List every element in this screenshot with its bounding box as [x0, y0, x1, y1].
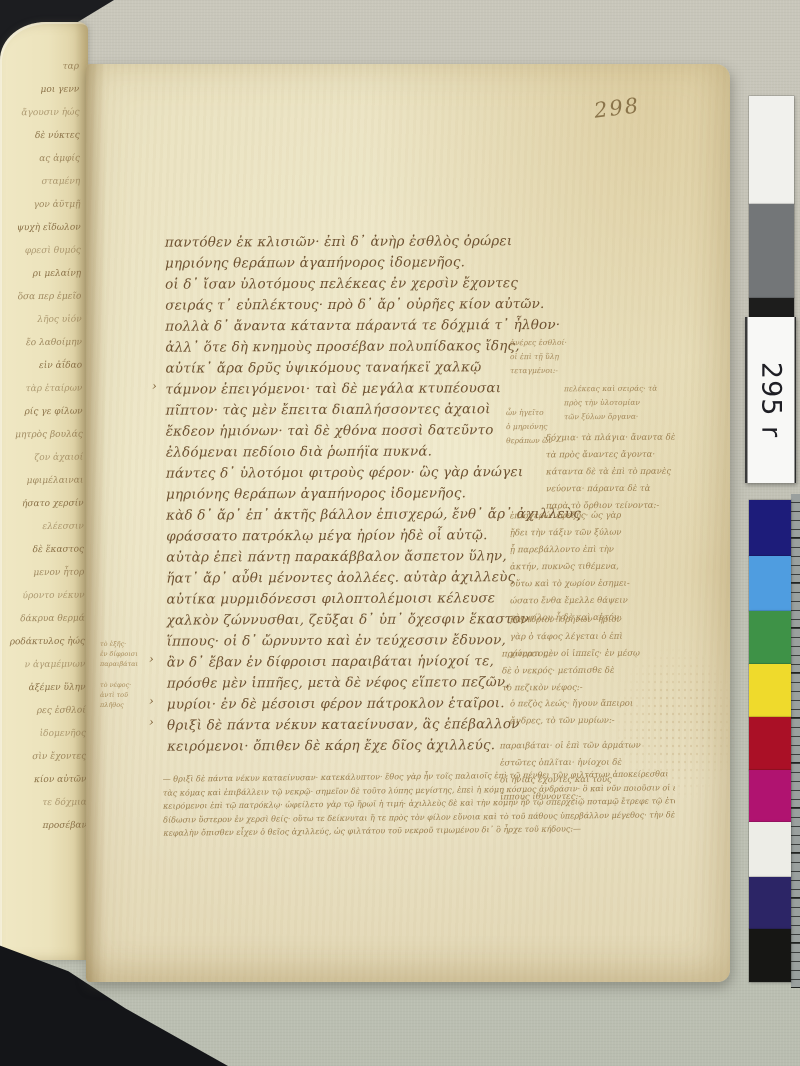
gloss-line: τὸ νέφος·: [100, 680, 131, 690]
folio-label-text: 295 r: [755, 362, 786, 438]
scholion-line: ἄνδρες, τὸ τῶν μυρίων:-: [510, 713, 633, 731]
text-line: πρόσθε μὲν ἱππῆες, μετὰ δὲ νέφος εἵπετο …: [167, 672, 477, 694]
text-line: παντόθεν ἐκ κλισιῶν· ἐπὶ δ᾽ ἀνὴρ ἐσθλὸς …: [165, 231, 475, 253]
text-line: μηριόνης θεράπων ἀγαπήνορος ἰδομενῆος.: [165, 252, 475, 274]
color-patch-light-blue: [749, 556, 791, 611]
scholion-line: ἀκτήν, πυκνῶς τιθέμενα,: [510, 559, 630, 577]
text-line: αὐτίκ᾽ ἄρα δρῦς ὑψικόμους ταναήκεϊ χαλκῷ: [165, 357, 475, 379]
gloss-line: πλῆθος: [100, 700, 131, 710]
scholion-line: ὁ πεζὸς λεώς· ἤγουν ἄπειροι: [510, 696, 633, 714]
facing-page-fragment: τὰρ ἑταίρων: [0, 378, 83, 402]
facing-page-fragment: λῆος υἱόν: [0, 309, 82, 333]
text-line: σειράς τ᾽ εὐπλέκτους· πρὸ δ᾽ ἄρ᾽ οὐρῆες …: [165, 294, 475, 316]
scholion-line: μαρτύριον· θρήνων· ἠρίον: [510, 612, 623, 630]
facing-page-fragment: ψυχὴ εἴδωλον: [0, 217, 81, 241]
facing-page-fragment: ταρ: [0, 56, 79, 80]
gloss-line: τὸ ἑξῆς·: [100, 639, 138, 649]
facing-page-fragment: ζον ἀχαιοί: [0, 447, 83, 471]
marginal-scholion: ὁ πεζὸς λεώς· ἤγουν ἄπειροιἄνδρες, τὸ τῶ…: [510, 696, 633, 731]
facing-page-fragment: ὅσα περ ἐμεῖο: [0, 286, 82, 310]
color-patch-gray: [749, 204, 794, 298]
facing-page-fragment: ἰδομενῆος: [3, 723, 86, 747]
text-line: ἂν δ᾽ ἔβαν ἐν δίφροισι παραιβάται ἡνίοχο…: [167, 651, 477, 673]
text-line: ἔκδεον ἡμιόνων· ταὶ δὲ χθόνα ποσσὶ δατεῦ…: [166, 420, 476, 442]
scholion-line: τεταγμένοι:-: [510, 364, 567, 378]
scholion-line: πρότεροι μὲν οἱ ἱππεῖς· ἐν μέσῳ: [502, 646, 640, 664]
facing-page-fragment: ας ἀμφίς: [0, 148, 80, 172]
scholion-line: ώσατο ἔνθα ἔμελλε θάψειν: [510, 593, 630, 611]
scholion-line: τῶν ξύλων ὄργανα·: [564, 410, 657, 424]
manuscript-page: 298 παντόθεν ἐκ κλισιῶν· ἐπὶ δ᾽ ἀνὴρ ἐσθ…: [86, 64, 730, 982]
scholion-line: παραιβάται· οἱ ἐπὶ τῶν ἁρμάτων: [500, 738, 641, 756]
scholion-line: ᾔδει τὴν τάξιν τῶν ξύλων: [510, 525, 630, 543]
scholion-line: ᾗ παρεβάλλοντο ἐπὶ τὴν: [510, 542, 630, 560]
text-line: πολλὰ δ᾽ ἄναντα κάταντα πάραντά τε δόχμι…: [165, 315, 475, 337]
scholion-line: ὧν ἡγεῖτο: [506, 406, 555, 420]
marginal-scholion: ἀνέρες ἐσθλοί·οἱ ἐπὶ τῇ ὕλῃτεταγμένοι:-: [510, 336, 567, 378]
color-patch-red: [749, 717, 791, 770]
facing-page-fragment: τε δόχμια: [4, 792, 87, 816]
color-patch-white-top: [749, 96, 794, 204]
color-patch-black-bottom: [749, 929, 791, 982]
folio-label-sticker: 295 r: [745, 317, 796, 483]
manuscript-photo: ταρμοι γεννἄγουσιν ἠώςδὲ νύκτεςας ἀμφίςσ…: [0, 0, 800, 1066]
facing-page-fragment: εἰν ἀΐδαο: [0, 355, 82, 379]
facing-page-fragment: ρίς γε φίλων: [0, 401, 83, 425]
facing-page-fragment: δὲ ἕκαστος: [1, 539, 84, 563]
margin-reference-mark: ›: [152, 379, 157, 393]
ruler-scale: [791, 494, 800, 988]
facing-page-fragment: προσέβαν: [4, 815, 87, 839]
margin-reference-mark: ›: [149, 652, 154, 666]
scholion-line: δόχμια· τὰ πλάγια· ἄναντα δὲ: [546, 430, 676, 448]
color-patch-green: [749, 611, 791, 664]
gloss-line: ἐν δίφροισι: [100, 649, 138, 659]
scholion-line: γὰρ ὁ τάφος λέγεται ὁ ἐπὶ: [510, 629, 623, 647]
facing-page-fragment: ἀξέμεν ὕλην: [2, 677, 85, 701]
scholion-line: ἀνέρες ἐσθλοί·: [510, 336, 567, 350]
color-patch-magenta: [749, 770, 791, 822]
scholion-line: οἱ ἐπὶ τῇ ὕλῃ: [510, 350, 567, 364]
text-line: μυρίοι· ἐν δὲ μέσοισι φέρον πάτροκλον ἑτ…: [167, 693, 477, 715]
marginal-scholion: πελέκεας καὶ σειράς· τὰπρὸς τὴν ὑλοτομία…: [564, 382, 658, 424]
marginal-scholion: ἐπισχερώ· ἐφεξῆς· ὡς γὰρᾔδει τὴν τάξιν τ…: [510, 508, 630, 628]
text-line: ἥατ᾽ ἄρ᾽ αὖθι μένοντες ἀολλέες. αὐτὰρ ἀχ…: [166, 567, 476, 589]
facing-page-fragment: σὶν ἔχοντες: [3, 746, 86, 770]
color-patch-navy: [749, 500, 791, 556]
scholion-line: πελέκεας καὶ σειράς· τὰ: [564, 382, 657, 396]
facing-page-fragment: ελέεσσιν: [1, 516, 84, 540]
text-line: ἐλδόμεναι πεδίοιο διὰ ῥωπήϊα πυκνά.: [166, 441, 476, 463]
facing-page-fragment: μφιμέλαιναι: [0, 470, 83, 494]
left-margin-gloss: τὸ νέφος·ἀντὶ τοῦπλῆθος: [100, 680, 131, 710]
text-line: τάμνον ἐπειγόμενοι· ταὶ δὲ μεγάλα κτυπέο…: [165, 378, 475, 400]
facing-page-fragment: σταμένη: [0, 171, 80, 195]
left-margin-gloss: τὸ ἑξῆς·ἐν δίφροισιπαραιβάται: [100, 639, 138, 669]
scholion-line: τὰ πρὸς ἄναντες ἄγοντα·: [546, 447, 676, 465]
facing-page-fragment: γον ἀϋτμῇ: [0, 194, 81, 218]
scholion-line: οὕτω καὶ τὸ χωρίον ἐσημει-: [510, 576, 630, 594]
marginal-scholion: πρότεροι μὲν οἱ ἱππεῖς· ἐν μέσῳδὲ ὁ νεκρ…: [502, 646, 640, 698]
gloss-line: παραιβάται: [100, 659, 138, 669]
bottom-scholion: — θριξὶ δὲ πάντα νέκυν καταείνυσαν· κατε…: [163, 767, 676, 840]
color-patch-white-bottom: [749, 822, 791, 877]
text-line: μηριόνης θεράπων ἀγαπήνορος ἰδομενῆος.: [166, 483, 476, 505]
facing-page-fragment: ήσατο χερσίν: [0, 493, 83, 517]
facing-page-fragment: ροδάκτυλος ἠώς: [2, 631, 85, 655]
facing-page-line-fragments: ταρμοι γεννἄγουσιν ἠώςδὲ νύκτεςας ἀμφίςσ…: [0, 56, 87, 839]
facing-page-fragment: ἔο λαθοίμην: [0, 332, 82, 356]
text-line: πάντες δ᾽ ὑλοτόμοι φιτροὺς φέρον· ὣς γὰρ…: [166, 462, 476, 484]
facing-page-fragment: φρεσὶ θυμός: [0, 240, 81, 264]
gloss-line: ἀντὶ τοῦ: [100, 690, 131, 700]
margin-reference-mark: ›: [149, 694, 154, 708]
marginal-scholion: δόχμια· τὰ πλάγια· ἄναντα δὲτὰ πρὸς ἄναν…: [546, 430, 676, 516]
scholion-line: τὸ πεζικὸν νέφος:-: [502, 680, 640, 698]
facing-page-fragment: δὲ νύκτες: [0, 125, 80, 149]
text-line: πῖπτον· τὰς μὲν ἔπειτα διαπλήσσοντες ἀχα…: [166, 399, 476, 421]
text-line: αὐτὰρ ἐπεὶ πάντῃ παρακάββαλον ἄσπετον ὕλ…: [166, 546, 476, 568]
facing-page-fragment: κίον αὐτῶν: [3, 769, 86, 793]
scholion-line: νεύοντα· πάραντα δὲ τὰ: [546, 481, 676, 499]
facing-page-fragment: ἄγουσιν ἠώς: [0, 102, 80, 126]
facing-page-fragment: ρες ἐσθλοί: [3, 700, 86, 724]
scholion-line: ἐπισχερώ· ἐφεξῆς· ὡς γὰρ: [510, 508, 630, 526]
text-line: ἵππους· οἱ δ᾽ ὤρνυντο καὶ ἐν τεύχεσσιν ἔ…: [167, 630, 477, 652]
text-line: αὐτίκα μυρμιδόνεσσι φιλοπτολέμοισι κέλευ…: [166, 588, 476, 610]
facing-page-fragment: δάκρυα θερμά: [2, 608, 85, 632]
facing-page-fragment: ύροντο νέκυν: [1, 585, 84, 609]
scholion-line: πρὸς τὴν ὑλοτομίαν: [564, 396, 657, 410]
text-line: θριξὶ δὲ πάντα νέκυν καταείνυσαν, ἃς ἐπέ…: [167, 714, 477, 736]
color-patch-yellow: [749, 664, 791, 717]
text-line: ἀλλ᾽ ὅτε δὴ κνημοὺς προσέβαν πολυπίδακος…: [165, 336, 475, 358]
text-line: κειρόμενοι· ὄπιθεν δὲ κάρη ἔχε δῖος ἀχιλ…: [167, 735, 477, 757]
text-line: κὰδ δ᾽ ἄρ᾽ ἐπ᾽ ἀκτῆς βάλλον ἐπισχερώ, ἔν…: [166, 504, 476, 526]
scholion-line: δὲ ὁ νεκρός· μετόπισθε δὲ: [502, 663, 640, 681]
facing-page-fragment: ν ἀγαμέμνων: [2, 654, 85, 678]
color-patch-indigo: [749, 877, 791, 929]
facing-page-fragment: μοι γενν: [0, 79, 79, 103]
text-line: χαλκὸν ζώννυσθαι, ζεῦξαι δ᾽ ὑπ᾽ ὄχεσφιν …: [167, 609, 477, 631]
margin-reference-mark: ›: [149, 715, 154, 729]
facing-page-fragment: μενον ἦτορ: [1, 562, 84, 586]
facing-page-edge: ταρμοι γεννἄγουσιν ἠώςδὲ νύκτεςας ἀμφίςσ…: [0, 22, 88, 960]
iliad-text-block: παντόθεν ἐκ κλισιῶν· ἐπὶ δ᾽ ἀνὴρ ἐσθλὸς …: [165, 231, 477, 757]
text-line: φράσσατο πατρόκλῳ μέγα ἠρίον ἠδὲ οἷ αὐτῷ…: [166, 525, 476, 547]
facing-page-fragment: ρι μελαίνῃ: [0, 263, 81, 287]
text-line: οἱ δ᾽ ἴσαν ὑλοτόμους πελέκεας ἐν χερσὶν …: [165, 273, 475, 295]
gutter-shadow: [86, 64, 106, 982]
scholion-line: κάταντα δὲ τὰ ἐπὶ τὸ πρανὲς: [546, 464, 676, 482]
facing-page-fragment: μητρὸς βουλάς: [0, 424, 83, 448]
